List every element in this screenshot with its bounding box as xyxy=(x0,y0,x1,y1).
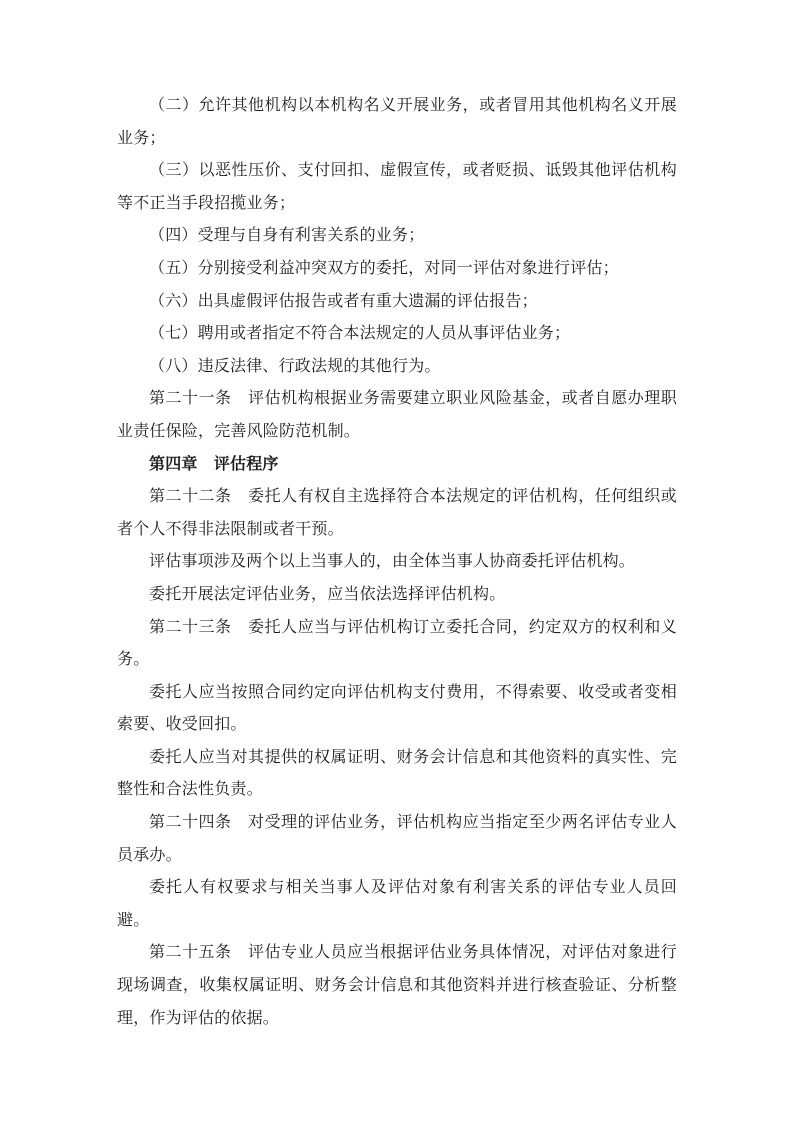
paragraph: 委托人应当按照合同约定向评估机构支付费用，不得索要、收受或者变相索要、收受回扣。 xyxy=(117,676,677,741)
paragraph: 委托开展法定评估业务，应当依法选择评估机构。 xyxy=(117,578,677,611)
paragraph: 第二十五条 评估专业人员应当根据评估业务具体情况，对评估对象进行现场调查，收集权… xyxy=(117,936,677,1034)
document-content: （二）允许其他机构以本机构名义开展业务，或者冒用其他机构名义开展业务；（三）以恶… xyxy=(117,89,677,1034)
paragraph: 第二十二条 委托人有权自主选择符合本法规定的评估机构，任何组织或者个人不得非法限… xyxy=(117,480,677,545)
paragraph: （五）分别接受利益冲突双方的委托，对同一评估对象进行评估； xyxy=(117,252,677,285)
paragraph: （三）以恶性压价、支付回扣、虚假宣传，或者贬损、诋毁其他评估机构等不正当手段招揽… xyxy=(117,154,677,219)
paragraph: 第二十一条 评估机构根据业务需要建立职业风险基金，或者自愿办理职业责任保险，完善… xyxy=(117,382,677,447)
paragraph: （六）出具虚假评估报告或者有重大遗漏的评估报告； xyxy=(117,285,677,318)
paragraph: 第二十三条 委托人应当与评估机构订立委托合同，约定双方的权利和义务。 xyxy=(117,611,677,676)
document-page: （二）允许其他机构以本机构名义开展业务，或者冒用其他机构名义开展业务；（三）以恶… xyxy=(0,0,793,1122)
paragraph: （八）违反法律、行政法规的其他行为。 xyxy=(117,350,677,383)
paragraph: 委托人应当对其提供的权属证明、财务会计信息和其他资料的真实性、完整性和合法性负责… xyxy=(117,741,677,806)
paragraph: 委托人有权要求与相关当事人及评估对象有利害关系的评估专业人员回避。 xyxy=(117,871,677,936)
paragraph: （四）受理与自身有利害关系的业务； xyxy=(117,219,677,252)
paragraph: 评估事项涉及两个以上当事人的，由全体当事人协商委托评估机构。 xyxy=(117,545,677,578)
paragraph: 第二十四条 对受理的评估业务，评估机构应当指定至少两名评估专业人员承办。 xyxy=(117,806,677,871)
chapter-heading: 第四章 评估程序 xyxy=(117,448,677,481)
paragraph: （七）聘用或者指定不符合本法规定的人员从事评估业务； xyxy=(117,317,677,350)
paragraph: （二）允许其他机构以本机构名义开展业务，或者冒用其他机构名义开展业务； xyxy=(117,89,677,154)
